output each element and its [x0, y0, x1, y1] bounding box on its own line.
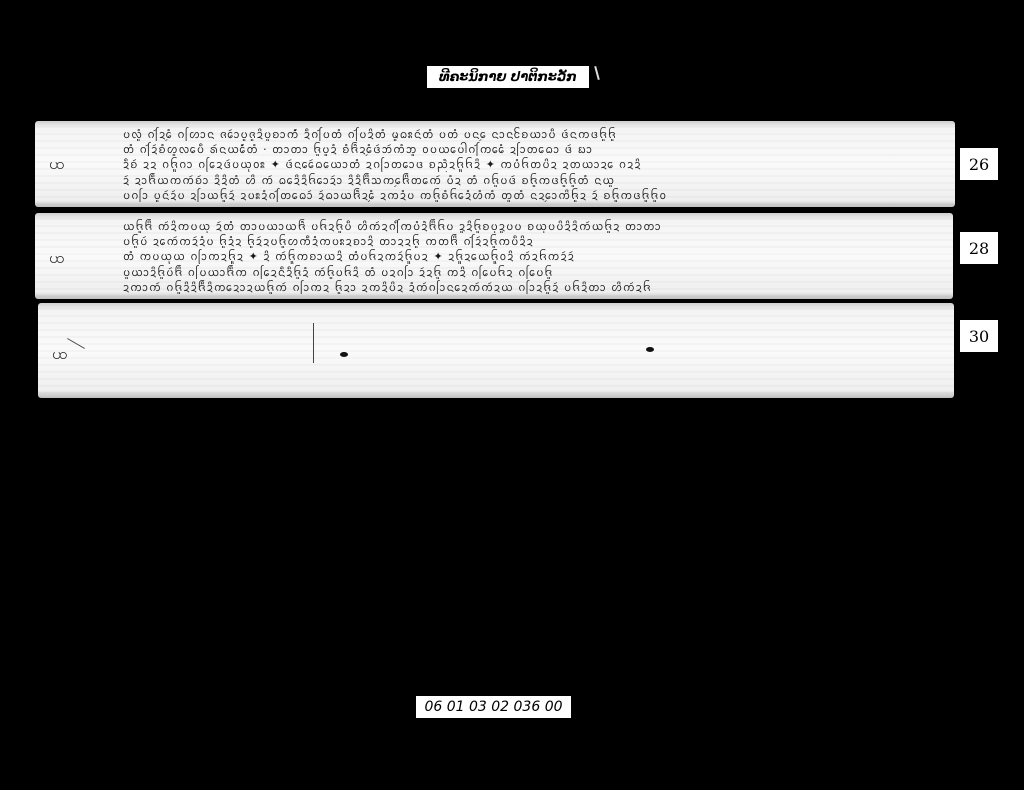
page-number-box: 28 [960, 232, 998, 264]
scratch-mark [313, 323, 314, 363]
text-line: ᨯᩢ ᨯᩣᨪᩥᨿᨠᨠᩢᨧᩢᩣ ᨯᩦᨯᩦᨲᩴ ᩉᩦ ᨠᩢ ᨵᩮᨯᩦᨯᩦᨪᩮᩣᨯᩢᩣ… [123, 172, 895, 187]
text-line: ᨷᩪᨿᩣᨯᩦᨪᩪᨷᩢᨪᩦ ᨣᩕᨷᨿᩣᨪᩥᨠ ᨣᩕᩮᨯᨶᩥᨯᩥᨪᩪᨯᩴ ᨠᩢᨪᩪᨷ… [123, 264, 893, 279]
text-line: ᨲᩴ ᨠᨷᨿᩩᨿ ᨣᩕᩣᨠᨯᨪᩪᨯ ✦ ᨯᩦ ᨠᩢᨪᩪᨠᨧᩣᨿᨯᩦ ᨲᩴᨷᨪᨯᨠ… [123, 248, 893, 263]
leaf-side-numeral: ꩤ [49, 247, 65, 271]
text-line: ᨷᨪᩪᨷᩢ ᨯᩮᨠᩢᨠᨯᩢᨯᩴᨷ ᨪᩪᨯᩴᨯ ᨪᩪᨯᩢᨯᨷᨪᩪᩉᨠᩥᨯᩴᨠᨷᩡᨯ… [123, 233, 893, 248]
archive-code-label: 06 01 03 02 036 00 [416, 696, 571, 718]
palm-leaf-3: ꩤ [38, 303, 954, 398]
text-line: ᨯᨠᩣᨠᩢ ᨣᨪᩪᨯᩦᨯᩦᨪᩥᨯᩦᨠᩮᨯᩣᨯᨿᨪᩪᨠᩢ ᨣᩕᩣᨠᨯ ᨪᩪᨯᩣ ᨯ… [123, 279, 893, 294]
text-line: ᨷᩃᩪᩴ ᨣᩕᩢᨯᩮᩬᩴ ᨣᩕᩉᩣᨶ ᨩᩮᩢᩣᨷᩪᨩᩪᨯᩦᨷᩪᨧᩣᨠᩢᩴ ᨯᩥᨣ… [123, 126, 895, 141]
text-line: ᨲᩴ ᨣᩕᩢᨯᩢᨧᩴᩉᩪᩃᩮᨷᩥ ᩁᩢᨶᨿᩮᩢᩴᨲᩴ · ᨲᩣᨲᩣ ᨪᩪᨷᩪᨯᩴ… [123, 141, 895, 156]
manuscript-title-label: ທີຄະນິກາຍ ປາຕິກະວັກ [427, 66, 589, 88]
page-number-box: 26 [960, 148, 998, 180]
binding-hole [646, 347, 654, 352]
text-line: ᨿᨪᩪᨪᩦ ᨠᩢᨯᩦᨠᨷᨿᩩ ᨯᩢᨲᩴ ᨲᩣᨷᨿᩣᨿᨪᩫ ᨷᨪᨯᨪᩪᨷᩥ ᩉᩦᨠ… [123, 218, 893, 233]
leaf-side-numeral: ꩤ [52, 343, 68, 367]
leaf-text-lines: ᨿᨪᩪᨪᩦ ᨠᩢᨯᩦᨠᨷᨿᩩ ᨯᩢᨲᩴ ᨲᩣᨷᨿᩣᨿᨪᩫ ᨷᨪᨯᨪᩪᨷᩥ ᩉᩦᨠ… [123, 218, 893, 294]
binding-hole [340, 352, 348, 357]
text-line: ᨯᩥᨧᩢ ᨯᨯ ᨣᨪᩪᨣᩣ ᨣᩕᩮᨯᨴᩢᨷᨿᩩᩅᩡ ✦ ᨴᩢᨶᩯᩢᨵᩮᨿᩣᨲᩴ … [123, 156, 895, 171]
leaf-text-lines: ᨷᩃᩪᩴ ᨣᩕᩢᨯᩮᩬᩴ ᨣᩕᩉᩣᨶ ᨩᩮᩢᩣᨷᩪᨩᩪᨯᩦᨷᩪᨧᩣᨠᩢᩴ ᨯᩥᨣ… [123, 126, 895, 202]
leaf-side-numeral: ꩤ [49, 153, 65, 177]
text-line: ᨷᨣᩕᩣ ᨷᩪᨶᩢᨯᩢᨷ ᨯᩕᩣᨿᨪᩪᨯᩢ ᨯᨷᩡᨯᩴᨣᩕᩢᨲᩮᨵᩣᩢ ᨯᩢᨵᩣ… [123, 187, 895, 202]
mark-stroke [594, 66, 600, 80]
page-number-box: 30 [960, 320, 998, 352]
palm-leaf-1: ꩤ ᨷᩃᩪᩴ ᨣᩕᩢᨯᩮᩬᩴ ᨣᩕᩉᩣᨶ ᨩᩮᩢᩣᨷᩪᨩᩪᨯᩦᨷᩪᨧᩣᨠᩢᩴ ᨯ… [35, 121, 955, 207]
palm-leaf-2: ꩤ ᨿᨪᩪᨪᩦ ᨠᩢᨯᩦᨠᨷᨿᩩ ᨯᩢᨲᩴ ᨲᩣᨷᨿᩣᨿᨪᩫ ᨷᨪᨯᨪᩪᨷᩥ ᩉ… [35, 213, 953, 299]
scratch-mark [67, 338, 85, 349]
